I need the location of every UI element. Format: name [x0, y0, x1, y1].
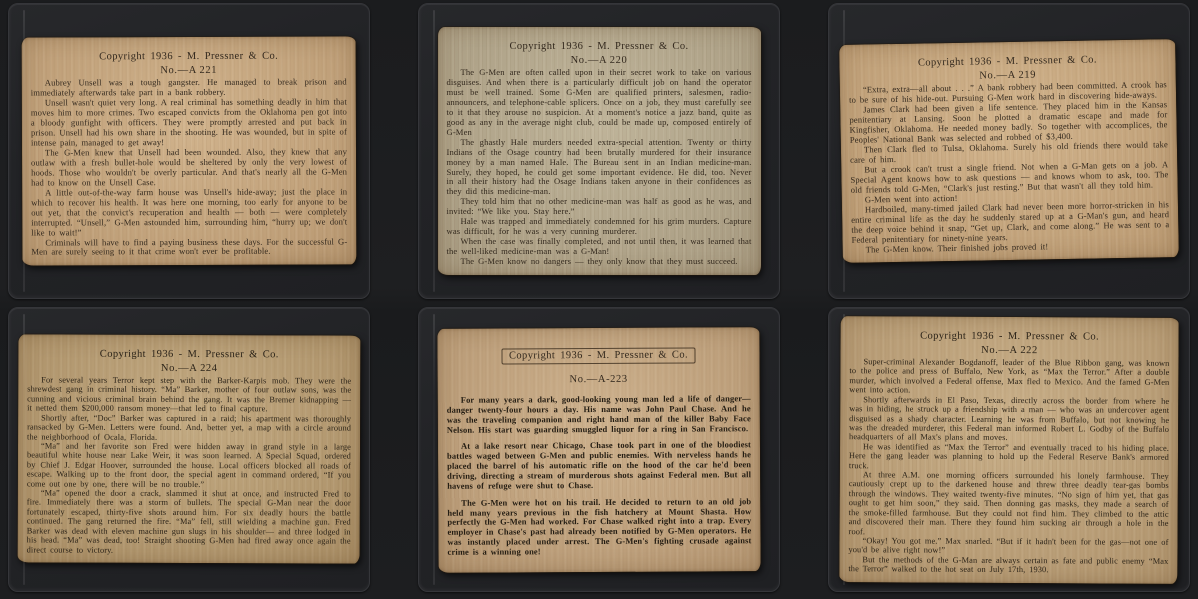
- card-paragraph: But the methods of the G-Man are always …: [848, 555, 1168, 576]
- card-paragraph: But a crook can't trust a single friend.…: [850, 160, 1168, 195]
- card-paragraph: The G-Men knew that Unsell had been woun…: [31, 147, 347, 188]
- card-paragraph: Shortly afterwards in El Paso, Texas, di…: [849, 394, 1169, 443]
- card-paragraph: James Clark had been given a life senten…: [849, 100, 1168, 145]
- card-sleeve: Copyright 1936 - M. Pressner & Co. No.—A…: [418, 307, 780, 592]
- card-paragraph: Super-criminal Alexander Bogdanoff, lead…: [849, 357, 1169, 396]
- trading-card-back: Copyright 1936 - M. Pressner & Co. No.—A…: [18, 335, 361, 564]
- card-number: No.—A 221: [31, 64, 347, 76]
- card-copyright-line: Copyright 1936 - M. Pressner & Co.: [509, 41, 688, 52]
- card-paragraph: Unsell wasn't quiet very long. A real cr…: [31, 97, 347, 148]
- card-text: For several years Terror kept step with …: [27, 376, 352, 556]
- card-paragraph: Shortly after, “Doc” Barker was captured…: [27, 414, 351, 443]
- card-sleeve: Copyright 1936 - M. Pressner & Co. No.—A…: [828, 3, 1190, 299]
- card-paragraph: “Ma” and her favorite son Fred were hidd…: [27, 442, 351, 490]
- card-number: No.—A 220: [447, 55, 752, 66]
- card-sleeve: Copyright 1936 - M. Pressner & Co. No.—A…: [418, 3, 780, 299]
- card-paragraph: He was identified as “Max the Terror” an…: [849, 442, 1169, 472]
- card-copyright-line: Copyright 1936 - M. Pressner & Co.: [502, 347, 695, 364]
- card-paragraph: Hardboiled, many-timed jailed Clark had …: [851, 200, 1170, 245]
- card-paragraph: Aubrey Unsell was a tough gangster. He m…: [31, 77, 347, 98]
- card-text: For many years a dark, good-looking youn…: [447, 394, 752, 557]
- card-sleeve: Copyright 1936 - M. Pressner & Co. No.—A…: [8, 307, 370, 592]
- card-paragraph: The G-Men are often called upon in their…: [447, 68, 752, 138]
- card-paragraph: The G-Men know no dangers — they only kn…: [447, 257, 752, 267]
- card-paragraph: Hale was trapped and immediately condemn…: [447, 217, 752, 237]
- card-paragraph: They told him that no other medicine-man…: [447, 197, 752, 217]
- card-paragraph: The ghastly Hale murders needed extra-sp…: [447, 138, 752, 198]
- card-copyright-line: Copyright 1936 - M. Pressner & Co.: [918, 54, 1097, 68]
- card-copyright-row: Copyright 1936 - M. Pressner & Co.: [446, 344, 750, 365]
- card-sleeve: Copyright 1936 - M. Pressner & Co. No.—A…: [8, 3, 370, 299]
- card-copyright-row: Copyright 1936 - M. Pressner & Co.: [27, 344, 351, 363]
- card-paragraph: At three A.M. one morning officers surro…: [849, 470, 1169, 538]
- card-paragraph: “Okay! You got me.” Max snarled. “But if…: [848, 536, 1168, 557]
- card-paragraph: A little out-of-the-way farm house was U…: [31, 187, 347, 238]
- card-photo: Copyright 1936 - M. Pressner & Co. No.—A…: [0, 0, 1198, 599]
- card-paragraph: Criminals will have to find a paying bus…: [31, 237, 347, 258]
- card-header: Copyright 1936 - M. Pressner & Co. No.—A…: [447, 36, 752, 66]
- card-header: Copyright 1936 - M. Pressner & Co. No.—A…: [848, 48, 1166, 84]
- card-header: Copyright 1936 - M. Pressner & Co. No.—A…: [31, 45, 347, 76]
- card-text: Super-criminal Alexander Bogdanoff, lead…: [848, 357, 1169, 575]
- card-paragraph: For several years Terror kept step with …: [27, 376, 351, 415]
- trading-card-back: Copyright 1936 - M. Pressner & Co. No.—A…: [437, 327, 760, 573]
- card-header: Copyright 1936 - M. Pressner & Co. No.—A…: [849, 325, 1169, 357]
- card-copyright-line: Copyright 1936 - M. Pressner & Co.: [99, 50, 278, 62]
- card-paragraph: The G-Men were hot on his trail. He deci…: [447, 496, 751, 557]
- card-header: Copyright 1936 - M. Pressner & Co. No.—A…: [27, 344, 351, 375]
- card-paragraph: When the case was finally completed, and…: [447, 237, 752, 257]
- card-paragraph: “Ma” opened the door a crack, slammed it…: [27, 489, 351, 556]
- trading-card-back: Copyright 1936 - M. Pressner & Co. No.—A…: [438, 27, 761, 275]
- card-sleeve: Copyright 1936 - M. Pressner & Co. No.—A…: [828, 307, 1190, 592]
- trading-card-back: Copyright 1936 - M. Pressner & Co. No.—A…: [839, 39, 1179, 263]
- trading-card-back: Copyright 1936 - M. Pressner & Co. No.—A…: [839, 316, 1178, 583]
- card-copyright-row: Copyright 1936 - M. Pressner & Co.: [31, 45, 347, 64]
- card-copyright-row: Copyright 1936 - M. Pressner & Co.: [850, 325, 1170, 345]
- card-text: The G-Men are often called upon in their…: [447, 68, 752, 267]
- card-text: Aubrey Unsell was a tough gangster. He m…: [31, 77, 348, 258]
- card-copyright-row: Copyright 1936 - M. Pressner & Co.: [447, 36, 752, 54]
- card-copyright-line: Copyright 1936 - M. Pressner & Co.: [920, 330, 1099, 342]
- trading-card-back: Copyright 1936 - M. Pressner & Co. No.—A…: [22, 36, 357, 266]
- card-number: No.—A 222: [849, 344, 1169, 357]
- card-text: “Extra, extra—all about . . .” A bank ro…: [849, 80, 1170, 255]
- card-copyright-line: Copyright 1936 - M. Pressner & Co.: [100, 349, 279, 361]
- card-number: No.—A 224: [27, 363, 351, 375]
- card-grid: Copyright 1936 - M. Pressner & Co. No.—A…: [0, 0, 1198, 599]
- card-paragraph: For many years a dark, good-looking youn…: [447, 394, 751, 435]
- card-header: Copyright 1936 - M. Pressner & Co. No.—A…: [446, 344, 750, 386]
- card-number: No.—A-223: [447, 373, 751, 386]
- card-paragraph: At a lake resort near Chicago, Chase too…: [447, 440, 751, 491]
